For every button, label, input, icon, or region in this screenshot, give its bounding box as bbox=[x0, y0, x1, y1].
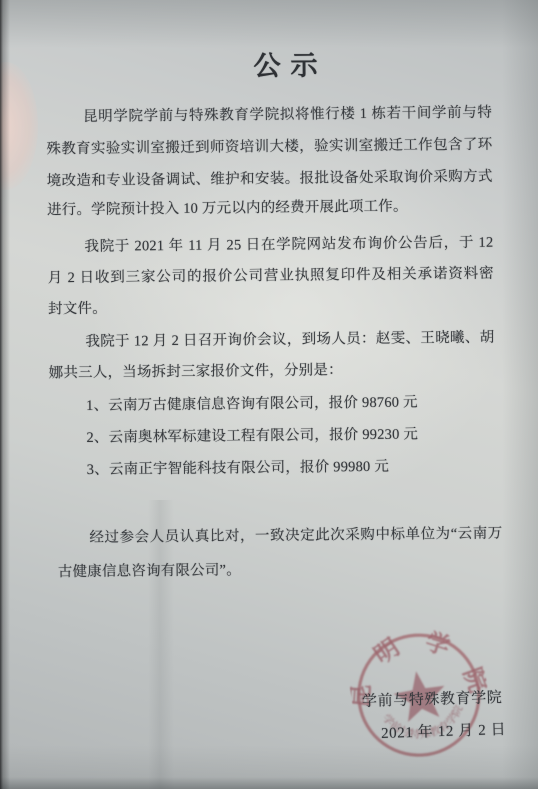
body-line-6: 月 2 日收到三家公司的报价公司营业执照复印件及相关承诺资料密 bbox=[48, 264, 494, 290]
body-line-8: 我院于 12 月 2 日召开询价会议，到场人员：赵雯、王晓曦、胡 bbox=[48, 328, 494, 354]
signature-org: 学前与特殊教育学院 bbox=[362, 686, 503, 711]
notice-title: 公示 bbox=[185, 43, 385, 84]
body-line-7: 封文件。 bbox=[48, 299, 107, 321]
result-line-1: 经过参会人员认真比对，一致决定此次采购中标单位为“云南万 bbox=[52, 524, 502, 550]
photographed-notice-document: 公示 昆明学院学前与特殊教育学院拟将惟行楼 1 栋若干间学前与特 殊教育实验实训… bbox=[0, 0, 538, 789]
body-line-5: 我院于 2021 年 11 月 25 日在学院网站发布询价公告后，于 12 bbox=[47, 233, 493, 259]
bidder-line-2: 2、云南奥林军标建设工程有限公司，报价 99230 元 bbox=[86, 424, 418, 448]
body-line-3: 境改造和专业设备调试、维护和安装。报批设备处采取询价采购方式 bbox=[47, 167, 493, 193]
signature-date: 2021 年 12 月 2 日 bbox=[381, 718, 507, 743]
bidder-line-1: 1、云南万古健康信息咨询有限公司，报价 98760 元 bbox=[86, 392, 418, 416]
body-line-1: 昆明学院学前与特殊教育学院拟将惟行楼 1 栋若干间学前与特 bbox=[46, 103, 492, 129]
body-line-9: 娜共三人，当场拆封三家报价文件，分别是： bbox=[49, 360, 343, 384]
body-line-2: 殊教育实验实训室搬迁到师资培训大楼，验实训室搬迁工作包含了环 bbox=[46, 135, 492, 161]
body-line-4: 进行。学院预计投入 10 万元以内的经费开展此项工作。 bbox=[47, 197, 408, 222]
bidder-line-3: 3、云南正宇智能科技有限公司，报价 99980 元 bbox=[87, 457, 389, 481]
result-line-2: 古健康信息咨询有限公司”。 bbox=[58, 560, 241, 583]
